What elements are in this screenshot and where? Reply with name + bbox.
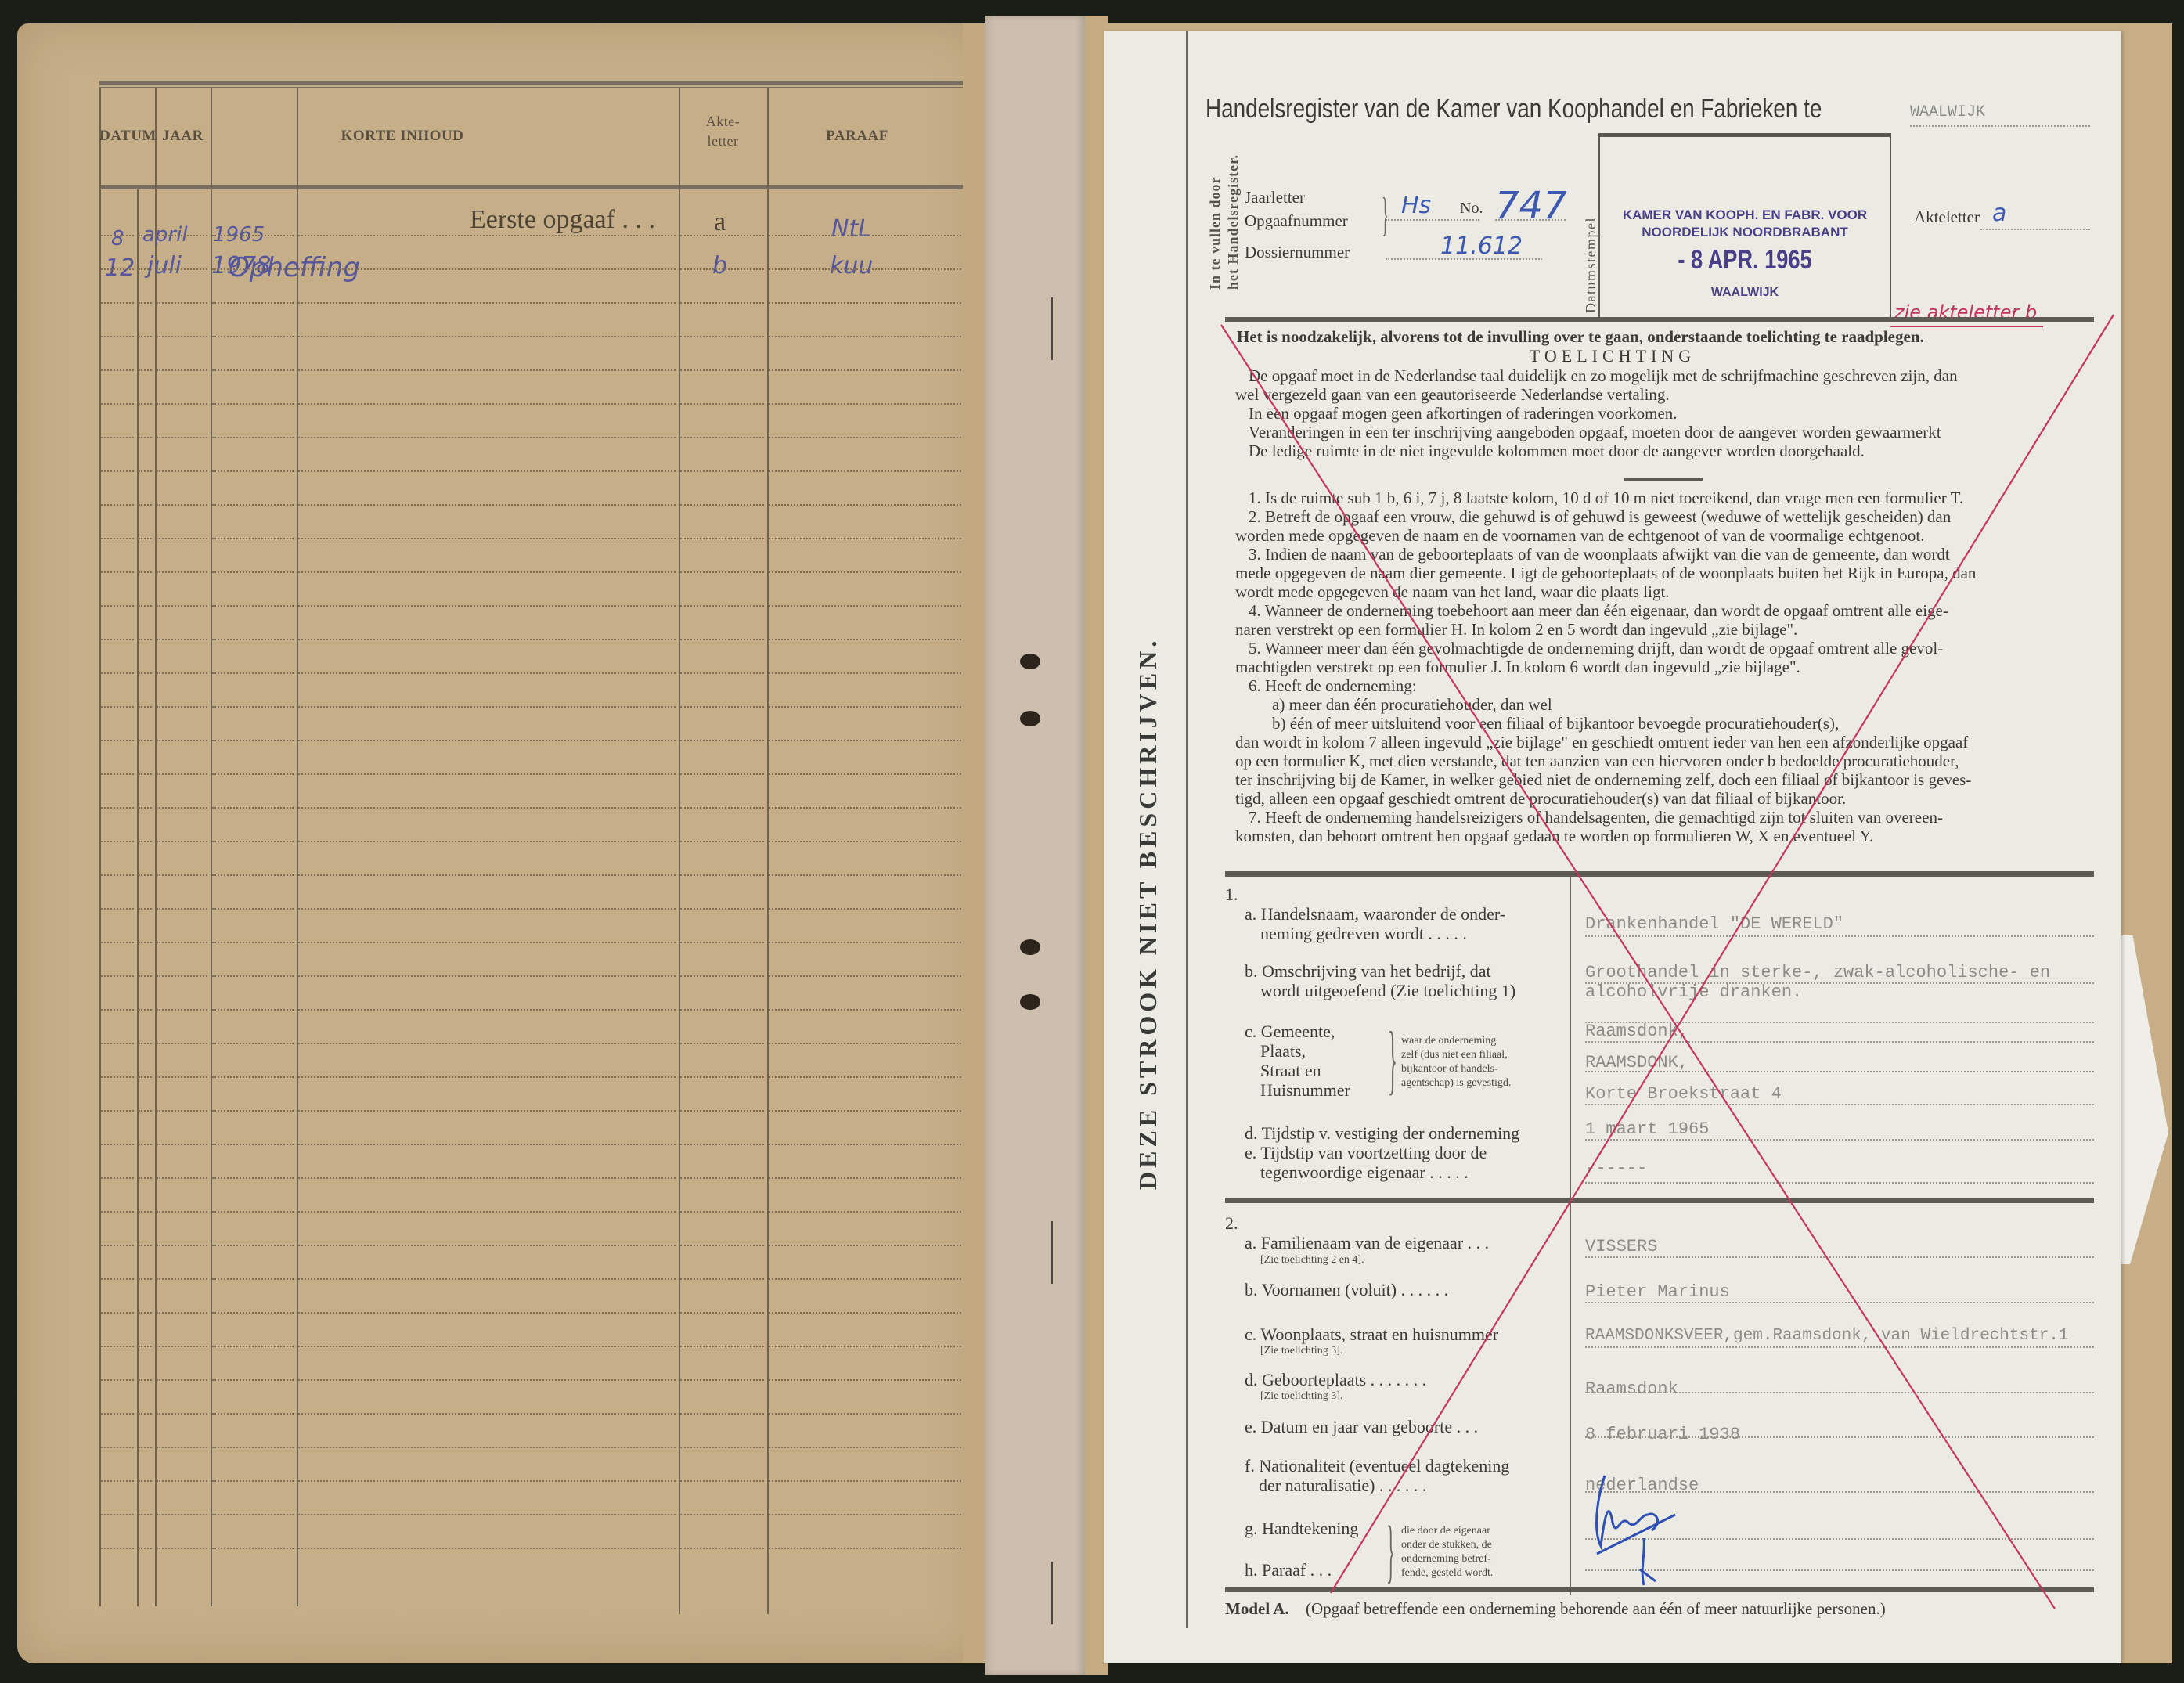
ruled-row-line <box>157 1076 207 1078</box>
ruled-row-line <box>101 1379 134 1381</box>
ruled-row-line <box>680 975 764 977</box>
ruled-row-line <box>212 1514 294 1515</box>
ruled-row-line <box>769 1312 961 1314</box>
ruled-row-line <box>139 1177 152 1179</box>
ruled-row-line <box>212 740 294 741</box>
ruled-row-line <box>298 470 676 472</box>
ruled-row-line <box>298 740 676 741</box>
ruled-row-line <box>680 672 764 674</box>
ruled-row-line <box>680 336 764 337</box>
ruled-row-line <box>157 1211 207 1213</box>
ruled-row-line <box>769 571 961 573</box>
ruled-row-line <box>101 605 134 607</box>
col-header-paraaf: PARAAF <box>767 128 947 145</box>
ruled-row-line <box>139 1076 152 1078</box>
ruled-row-line <box>680 470 764 472</box>
ruled-row-line <box>139 1447 152 1448</box>
ruled-row-line <box>680 369 764 371</box>
ruled-row-line <box>680 773 764 775</box>
ruled-row-line <box>101 268 134 270</box>
ruled-row-line <box>101 571 134 573</box>
ruled-row-line <box>139 1548 152 1549</box>
punch-hole <box>1020 994 1040 1010</box>
ruled-row-line <box>212 1110 294 1112</box>
ruled-row-line <box>298 1245 676 1246</box>
header-top-rule <box>99 81 964 85</box>
ruled-row-line <box>157 538 207 539</box>
ruled-row-line <box>157 369 207 371</box>
ruled-row-line <box>680 1245 764 1246</box>
ruled-row-line <box>769 268 961 270</box>
col-header-akteletter-1: Akte- <box>679 114 767 130</box>
ruled-row-line <box>212 874 294 876</box>
ruled-row-line <box>212 672 294 674</box>
ruled-row-line <box>769 773 961 775</box>
ruled-row-line <box>769 369 961 371</box>
ruled-row-line <box>680 639 764 640</box>
ruled-row-line <box>769 1211 961 1213</box>
col-header-datum: DATUM <box>99 128 155 145</box>
ruled-row-line <box>101 1312 134 1314</box>
ruled-row-line <box>298 975 676 977</box>
ruled-row-line <box>769 1076 961 1078</box>
ruled-row-line <box>139 672 152 674</box>
ruled-row-line <box>157 470 207 472</box>
ruled-row-line <box>157 908 207 910</box>
ruled-row-line <box>212 1076 294 1078</box>
ruled-row-line <box>139 571 152 573</box>
ruled-row-line <box>139 605 152 607</box>
ruled-row-line <box>157 1278 207 1280</box>
ruled-row-line <box>139 942 152 943</box>
ruled-row-line <box>212 235 294 236</box>
ruled-row-line <box>680 841 764 842</box>
entry-akteletter: b <box>712 252 727 279</box>
ruled-row-line <box>680 908 764 910</box>
ruled-row-line <box>157 1548 207 1549</box>
ruled-row-line <box>769 1548 961 1549</box>
ruled-row-line <box>680 1447 764 1448</box>
ruled-row-line <box>157 403 207 405</box>
ruled-row-line <box>680 403 764 405</box>
ruled-row-line <box>157 571 207 573</box>
ruled-row-line <box>157 605 207 607</box>
ruled-row-line <box>212 942 294 943</box>
ruled-row-line <box>298 1379 676 1381</box>
ruled-row-line <box>680 504 764 506</box>
ruled-row-line <box>769 975 961 977</box>
ruled-row-line <box>680 1009 764 1011</box>
ruled-row-line <box>769 1043 961 1044</box>
ruled-row-line <box>101 369 134 371</box>
ruled-row-line <box>139 1009 152 1011</box>
ruled-row-line <box>212 1413 294 1415</box>
ruled-row-line <box>157 1514 207 1515</box>
ruled-row-line <box>212 302 294 304</box>
ruled-row-line <box>157 1009 207 1011</box>
ruled-row-line <box>769 235 961 236</box>
ruled-row-line <box>298 1413 676 1415</box>
punch-hole <box>1020 939 1040 955</box>
ruled-row-line <box>769 302 961 304</box>
ruled-row-line <box>680 706 764 708</box>
ruled-row-line <box>139 1211 152 1213</box>
ruled-row-line <box>298 336 676 337</box>
ruled-row-line <box>139 538 152 539</box>
ruled-row-line <box>298 1346 676 1347</box>
ruled-row-line <box>157 1312 207 1314</box>
entry-day: 8 <box>111 227 124 250</box>
ruled-row-line <box>157 437 207 438</box>
ruled-row-line <box>769 1009 961 1011</box>
ruled-row-line <box>680 942 764 943</box>
ruled-row-line <box>101 908 134 910</box>
ruled-row-line <box>101 1245 134 1246</box>
ruled-row-line <box>101 1514 134 1515</box>
ruled-row-line <box>298 1144 676 1145</box>
ruled-row-line <box>212 1245 294 1246</box>
ruled-row-line <box>298 1110 676 1112</box>
ruled-row-line <box>769 1514 961 1515</box>
register-log-page: DATUM JAAR KORTE INHOUD Akte- letter PAR… <box>17 23 980 1663</box>
ruled-row-line <box>680 538 764 539</box>
col-header-korte-inhoud: KORTE INHOUD <box>211 128 594 145</box>
ruled-row-line <box>769 740 961 741</box>
ruled-row-line <box>680 605 764 607</box>
col-header-akteletter-2: letter <box>679 133 767 150</box>
ruled-row-line <box>101 975 134 977</box>
ruled-row-line <box>157 1346 207 1347</box>
ruled-row-line <box>298 672 676 674</box>
ruled-row-line <box>139 1245 152 1246</box>
ruled-row-line <box>769 1413 961 1415</box>
ruled-row-line <box>139 874 152 876</box>
ruled-row-line <box>680 1110 764 1112</box>
ruled-row-line <box>101 1278 134 1280</box>
ruled-row-line <box>157 773 207 775</box>
ruled-row-line <box>157 504 207 506</box>
ruled-row-line <box>298 1177 676 1179</box>
ruled-row-line <box>298 908 676 910</box>
ruled-row-line <box>298 942 676 943</box>
ruled-row-line <box>769 1110 961 1112</box>
ruled-row-line <box>157 1245 207 1246</box>
ruled-row-line <box>212 1312 294 1314</box>
ruled-row-line <box>157 1480 207 1482</box>
ruled-row-line <box>212 807 294 809</box>
ruled-row-line <box>101 1413 134 1415</box>
ruled-row-line <box>769 1447 961 1448</box>
ruled-row-line <box>298 1514 676 1515</box>
ruled-row-line <box>139 1144 152 1145</box>
ruled-row-line <box>769 1245 961 1246</box>
ruled-row-line <box>212 908 294 910</box>
ruled-row-line <box>769 504 961 506</box>
ruled-row-line <box>298 807 676 809</box>
ruled-row-line <box>680 1413 764 1415</box>
ruled-row-line <box>139 1312 152 1314</box>
ruled-row-line <box>157 1413 207 1415</box>
ruled-row-line <box>212 1144 294 1145</box>
ruled-row-line <box>769 1144 961 1145</box>
ruled-row-line <box>769 403 961 405</box>
ruled-row-line <box>769 942 961 943</box>
ruled-row-line <box>139 807 152 809</box>
ruled-row-line <box>680 807 764 809</box>
ruled-row-line <box>298 1278 676 1280</box>
ruled-row-line <box>101 1110 134 1112</box>
ruled-row-line <box>101 1211 134 1213</box>
entry-paraaf: NtL <box>831 215 871 243</box>
ruled-row-line <box>680 874 764 876</box>
ruled-row-line <box>139 1379 152 1381</box>
ruled-row-line <box>139 841 152 842</box>
ruled-row-line <box>139 639 152 640</box>
ruled-row-line <box>139 336 152 337</box>
ruled-row-line <box>212 470 294 472</box>
ruled-row-line <box>680 1379 764 1381</box>
ruled-row-line <box>769 807 961 809</box>
ruled-row-line <box>769 639 961 640</box>
ruled-row-line <box>101 302 134 304</box>
ruled-row-line <box>298 1211 676 1213</box>
col-line <box>679 88 680 1614</box>
ruled-row-line <box>139 369 152 371</box>
ruled-row-line <box>769 908 961 910</box>
ruled-row-line <box>680 571 764 573</box>
ruled-row-line <box>680 1177 764 1179</box>
ruled-row-line <box>139 706 152 708</box>
col-header-jaar: JAAR <box>155 128 211 145</box>
ruled-row-line <box>680 1480 764 1482</box>
ruled-row-line <box>212 841 294 842</box>
ruled-row-line <box>157 336 207 337</box>
punch-hole <box>1020 711 1040 726</box>
ruled-row-line <box>298 1447 676 1448</box>
ruled-row-line <box>101 1447 134 1448</box>
binder-spine <box>985 16 1085 1675</box>
col-line <box>297 88 298 1606</box>
col-line <box>99 88 101 1606</box>
ruled-row-line <box>157 975 207 977</box>
ruled-row-line <box>680 740 764 741</box>
ruled-row-line <box>298 504 676 506</box>
ruled-row-line <box>157 942 207 943</box>
punch-hole <box>1020 654 1040 669</box>
ruled-row-line <box>101 672 134 674</box>
ruled-row-line <box>212 1211 294 1213</box>
ruled-row-line <box>139 504 152 506</box>
staple <box>1051 1221 1053 1284</box>
ruled-row-line <box>769 437 961 438</box>
ruled-row-line <box>212 773 294 775</box>
ruled-row-line <box>139 1110 152 1112</box>
ruled-row-line <box>157 1447 207 1448</box>
ruled-row-line <box>157 672 207 674</box>
ruled-row-line <box>101 1177 134 1179</box>
ruled-row-line <box>680 1312 764 1314</box>
ruled-row-line <box>157 302 207 304</box>
header-bottom-rule <box>99 185 964 189</box>
ruled-row-line <box>212 1447 294 1448</box>
ruled-row-line <box>212 1346 294 1347</box>
ruled-row-line <box>212 437 294 438</box>
ruled-row-line <box>139 1346 152 1347</box>
ruled-row-line <box>139 1278 152 1280</box>
ruled-row-line <box>101 538 134 539</box>
ruled-row-line <box>212 336 294 337</box>
ruled-row-line <box>157 639 207 640</box>
ruled-row-line <box>298 1312 676 1314</box>
ruled-row-line <box>680 268 764 270</box>
ruled-row-line <box>157 841 207 842</box>
col-line <box>767 88 769 1614</box>
ruled-row-line <box>157 874 207 876</box>
staple <box>1051 1562 1053 1624</box>
ruled-row-line <box>680 1548 764 1549</box>
ruled-row-line <box>101 1076 134 1078</box>
ruled-row-line <box>139 773 152 775</box>
ruled-row-line <box>101 437 134 438</box>
ruled-row-line <box>101 470 134 472</box>
ruled-row-line <box>101 1009 134 1011</box>
ruled-row-line <box>680 1144 764 1145</box>
ruled-row-line <box>212 1480 294 1482</box>
ruled-row-line <box>157 1379 207 1381</box>
ruled-row-line <box>139 437 152 438</box>
strike-through-x <box>1104 31 2121 1663</box>
ruled-row-line <box>212 403 294 405</box>
ruled-row-line <box>101 841 134 842</box>
staple <box>1051 297 1053 360</box>
ruled-row-line <box>139 1413 152 1415</box>
ruled-row-line <box>769 1278 961 1280</box>
ruled-row-line <box>680 302 764 304</box>
ruled-row-line <box>298 571 676 573</box>
ruled-row-line <box>212 1379 294 1381</box>
ruled-row-line <box>101 639 134 640</box>
ruled-row-line <box>101 1144 134 1145</box>
ruled-row-line <box>298 639 676 640</box>
col-line <box>211 88 212 1606</box>
ruled-row-line <box>298 437 676 438</box>
ruled-row-line <box>157 1144 207 1145</box>
ruled-row-line <box>101 235 134 236</box>
ruled-row-line <box>101 1480 134 1482</box>
ruled-row-line <box>212 369 294 371</box>
ruled-row-line <box>769 1177 961 1179</box>
entry-inhoud-printed: Eerste opgaaf . . . <box>470 205 655 235</box>
ruled-row-line <box>680 1514 764 1515</box>
ruled-row-line <box>157 1043 207 1044</box>
ruled-row-line <box>298 841 676 842</box>
ruled-row-line <box>212 605 294 607</box>
ruled-row-line <box>139 1043 152 1044</box>
ruled-row-line <box>680 1043 764 1044</box>
ruled-row-line <box>298 706 676 708</box>
ruled-row-line <box>212 706 294 708</box>
ruled-row-line <box>212 1177 294 1179</box>
ruled-row-line <box>139 470 152 472</box>
ruled-row-line <box>680 1346 764 1347</box>
ruled-row-line <box>101 1043 134 1044</box>
ruled-row-line <box>769 672 961 674</box>
ruled-row-line <box>298 1076 676 1078</box>
ruled-row-line <box>298 1009 676 1011</box>
ruled-row-line <box>680 437 764 438</box>
ruled-row-line <box>157 1177 207 1179</box>
ruled-row-line <box>139 302 152 304</box>
ruled-row-line <box>139 740 152 741</box>
ruled-row-line <box>298 1480 676 1482</box>
ruled-row-line <box>212 1278 294 1280</box>
ruled-row-line <box>157 706 207 708</box>
ruled-row-line <box>101 706 134 708</box>
entry-akteletter: a <box>714 207 726 237</box>
ruled-row-line <box>139 235 152 236</box>
ruled-row-line <box>101 504 134 506</box>
col-line <box>155 88 157 1606</box>
ruled-row-line <box>101 740 134 741</box>
ruled-row-line <box>298 302 676 304</box>
ruled-row-line <box>298 1548 676 1549</box>
header-top-rule-thin <box>99 87 964 88</box>
ruled-row-line <box>101 874 134 876</box>
ruled-row-line <box>139 268 152 270</box>
ruled-row-line <box>298 268 676 270</box>
ruled-row-line <box>139 1480 152 1482</box>
ruled-row-line <box>298 403 676 405</box>
entry-inhoud: Opheffing <box>229 252 360 283</box>
ruled-row-line <box>157 1110 207 1112</box>
ruled-row-line <box>680 235 764 236</box>
ruled-row-line <box>101 942 134 943</box>
ruled-row-line <box>680 1211 764 1213</box>
ruled-row-line <box>298 235 676 236</box>
ruled-row-line <box>769 874 961 876</box>
ruled-row-line <box>212 571 294 573</box>
ruled-row-line <box>769 336 961 337</box>
entry-paraaf: kuu <box>830 252 873 279</box>
ruled-row-line <box>212 504 294 506</box>
registration-form-page: DEZE STROOK NIET BESCHRIJVEN. Handelsreg… <box>1104 31 2121 1663</box>
ruled-row-line <box>680 1278 764 1280</box>
ruled-row-line <box>139 1514 152 1515</box>
ruled-row-line <box>680 1076 764 1078</box>
ruled-row-line <box>298 1043 676 1044</box>
ruled-row-line <box>157 235 207 236</box>
ruled-row-line <box>212 1009 294 1011</box>
ruled-row-line <box>769 1379 961 1381</box>
ruled-row-line <box>769 470 961 472</box>
ruled-row-line <box>212 268 294 270</box>
ruled-row-line <box>212 1043 294 1044</box>
ruled-row-line <box>101 807 134 809</box>
ruled-row-line <box>212 639 294 640</box>
ruled-row-line <box>101 1346 134 1347</box>
ruled-row-line <box>212 1548 294 1549</box>
ruled-row-line <box>769 1346 961 1347</box>
ruled-row-line <box>101 403 134 405</box>
ruled-row-line <box>769 706 961 708</box>
ruled-row-line <box>101 1548 134 1549</box>
ruled-row-line <box>769 841 961 842</box>
ruled-row-line <box>298 773 676 775</box>
ruled-row-line <box>139 908 152 910</box>
ruled-row-line <box>139 975 152 977</box>
ruled-row-line <box>212 538 294 539</box>
ruled-row-line <box>298 369 676 371</box>
